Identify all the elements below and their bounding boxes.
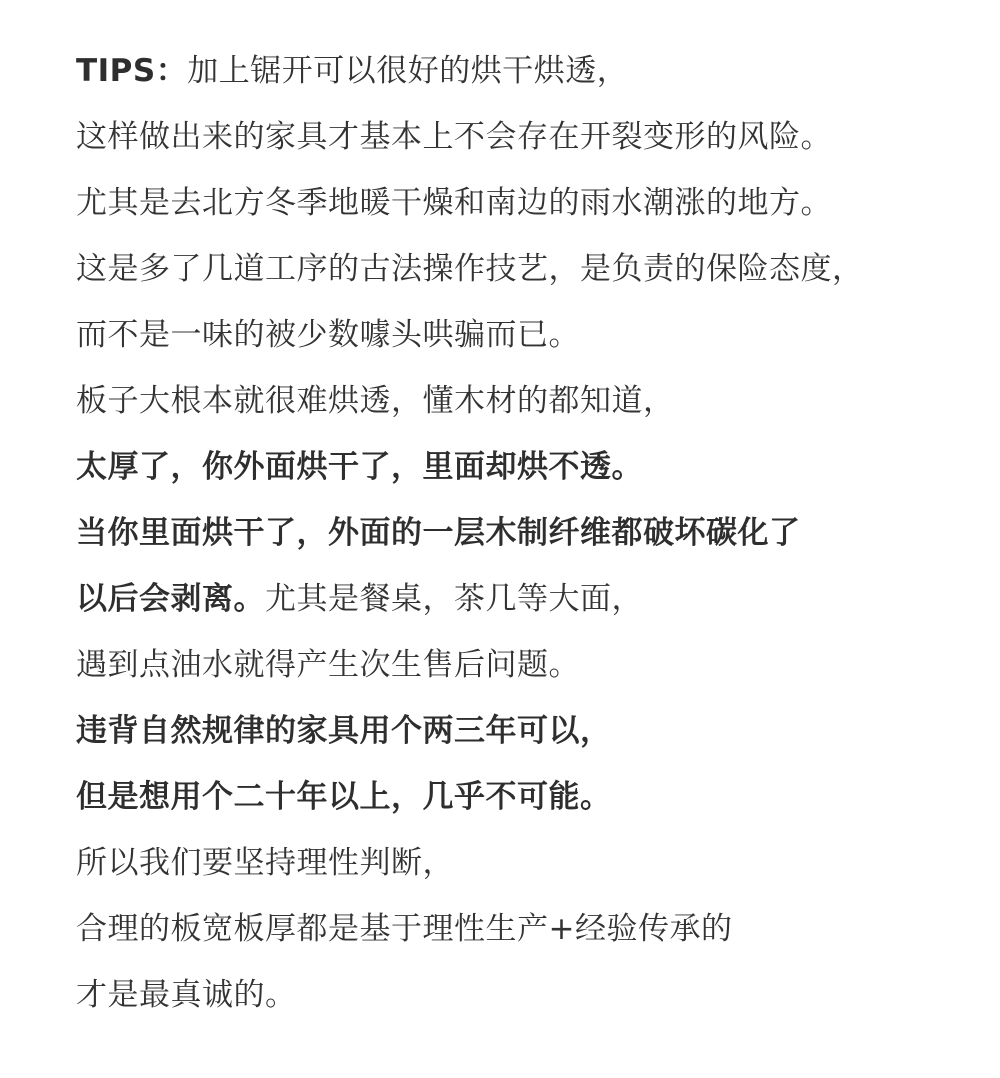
text-line-5: 而不是一味的被少数噱头哄骗而已。: [76, 310, 986, 376]
text-line-10: 遇到点油水就得产生次生售后问题。: [76, 640, 986, 706]
line-text: 尤其是去北方冬季地暖干燥和南边的雨水潮涨的地方。: [76, 185, 832, 221]
line-text: 才是最真诚的。: [76, 977, 297, 1013]
emphasis-text: 违背自然规律的家具用个两三年可以，: [76, 713, 612, 749]
emphasis-text: 但是想用个二十年以上，几乎不可能。: [76, 779, 612, 815]
emphasis-text: 以后会剥离。: [76, 581, 265, 617]
line-text: 所以我们要坚持理性判断，: [76, 845, 454, 881]
line-text: 合理的板宽板厚都是基于理性生产+经验传承的: [76, 911, 732, 947]
text-line-8: 当你里面烘干了，外面的一层木制纤维都破坏碳化了: [76, 508, 986, 574]
text-line-14: 合理的板宽板厚都是基于理性生产+经验传承的: [76, 904, 986, 970]
text-line-9: 以后会剥离。尤其是餐桌，茶几等大面，: [76, 574, 986, 640]
line-text: 板子大根本就很难烘透，懂木材的都知道，: [76, 383, 675, 419]
line-text: 加上锯开可以很好的烘干烘透，: [187, 53, 628, 89]
text-line-12: 但是想用个二十年以上，几乎不可能。: [76, 772, 986, 838]
tips-label: TIPS：: [76, 53, 187, 89]
text-line-4: 这是多了几道工序的古法操作技艺，是负责的保险态度，: [76, 244, 986, 310]
text-line-1: TIPS：加上锯开可以很好的烘干烘透，: [76, 46, 986, 112]
emphasis-text: 当你里面烘干了，外面的一层木制纤维都破坏碳化了: [76, 515, 801, 551]
text-line-2: 这样做出来的家具才基本上不会存在开裂变形的风险。: [76, 112, 986, 178]
text-line-7: 太厚了，你外面烘干了，里面却烘不透。: [76, 442, 986, 508]
text-line-11: 违背自然规律的家具用个两三年可以，: [76, 706, 986, 772]
text-line-6: 板子大根本就很难烘透，懂木材的都知道，: [76, 376, 986, 442]
line-text: 遇到点油水就得产生次生售后问题。: [76, 647, 580, 683]
text-line-15: 才是最真诚的。: [76, 970, 986, 1036]
text-line-13: 所以我们要坚持理性判断，: [76, 838, 986, 904]
emphasis-text: 太厚了，你外面烘干了，里面却烘不透。: [76, 449, 643, 485]
line-text: 这样做出来的家具才基本上不会存在开裂变形的风险。: [76, 119, 832, 155]
text-line-3: 尤其是去北方冬季地暖干燥和南边的雨水潮涨的地方。: [76, 178, 986, 244]
line-text: 尤其是餐桌，茶几等大面，: [265, 581, 643, 617]
article-body: TIPS：加上锯开可以很好的烘干烘透， 这样做出来的家具才基本上不会存在开裂变形…: [76, 46, 986, 1036]
line-text: 而不是一味的被少数噱头哄骗而已。: [76, 317, 580, 353]
line-text: 这是多了几道工序的古法操作技艺，是负责的保险态度，: [76, 251, 864, 287]
